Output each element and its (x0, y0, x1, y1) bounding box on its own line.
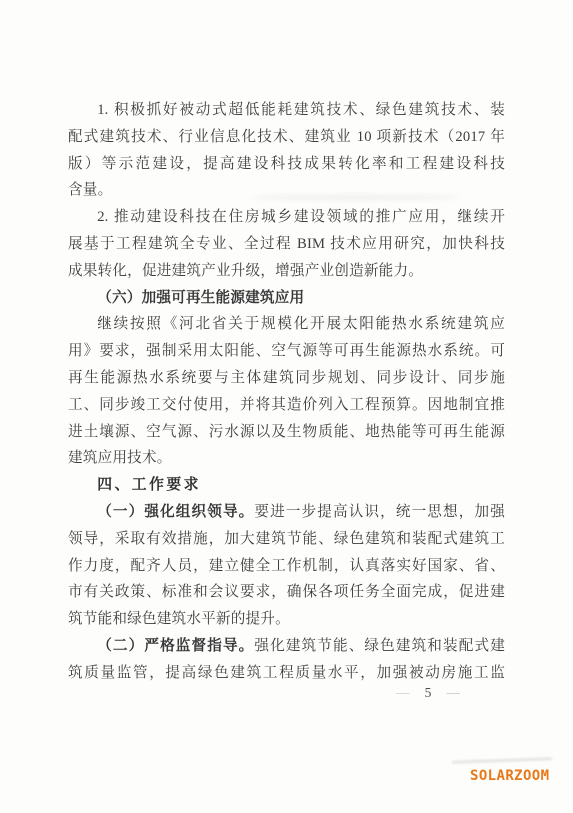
text-line: 工、同步竣工交付使用，并将其造价列入工程预算。因地制宜推 (68, 392, 505, 419)
text-line: 展基于工程建筑全专业、全过程 BIM 技术应用研究，加快科技 (68, 231, 505, 258)
text-segment-song: 筑质量监管，提高绿色建筑工程质量水平，加强被动房施工监 (68, 665, 505, 681)
document-lines: 1. 积极抓好被动式超低能耗建筑技术、绿色建筑技术、装配式建筑技术、行业信息化技… (68, 97, 505, 687)
text-segment-song: 配式建筑技术、行业信息化技术、建筑业 10 项新技术（2017 年 (68, 129, 505, 145)
text-line: 筑质量监管，提高绿色建筑工程质量水平，加强被动房施工监 (68, 660, 505, 687)
text-segment-song: 领导，采取有效措施，加大建筑节能、绿色建筑和装配式建筑工 (68, 531, 505, 547)
text-segment-song: 建筑应用技术。 (68, 450, 172, 466)
text-segment-kaiti: （一）强化组织领导。 (97, 504, 254, 520)
text-segment-kaiti: （六）加强可再生能源建筑应用 (97, 290, 304, 306)
text-segment-kaiti: （二）严格监督指导。 (97, 638, 254, 654)
text-line: 成果转化，促进建筑产业升级，增强产业创造新能力。 (68, 258, 505, 285)
text-line: 再生能源热水系统要与主体建筑同步规划、同步设计、同步施 (68, 365, 505, 392)
text-segment-song: 再生能源热水系统要与主体建筑同步规划、同步设计、同步施 (68, 370, 505, 386)
text-segment-song: 进土壤源、空气源、污水源以及生物质能、地热能等可再生能源 (68, 424, 505, 440)
text-segment-hei: 四、工作要求 (97, 477, 201, 493)
text-line: 领导，采取有效措施，加大建筑节能、绿色建筑和装配式建筑工 (68, 526, 505, 553)
scan-smudge (250, 194, 460, 201)
text-line: 建筑应用技术。 (68, 445, 505, 472)
text-line: 用》要求，强制采用太阳能、空气源等可再生能源热水系统。可 (68, 338, 505, 365)
text-line: 1. 积极抓好被动式超低能耗建筑技术、绿色建筑技术、装 (68, 97, 505, 124)
text-line: （二）严格监督指导。强化建筑节能、绿色建筑和装配式建 (68, 633, 505, 660)
text-line: （六）加强可再生能源建筑应用 (68, 285, 505, 312)
text-line: 版）等示范建设，提高建设科技成果转化率和工程建设科技 (68, 151, 505, 178)
text-line: 继续按照《河北省关于规模化开展太阳能热水系统建筑应 (68, 311, 505, 338)
text-line: （一）强化组织领导。要进一步提高认识，统一思想，加强 (68, 499, 505, 526)
text-segment-song: 成果转化，促进建筑产业升级，增强产业创造新能力。 (68, 263, 423, 279)
page-number-dash-right: — (447, 687, 461, 700)
page-number-dash-left: — (396, 687, 410, 700)
text-segment-song: 筑节能和绿色建筑水平新的提升。 (68, 611, 290, 627)
text-segment-song: 强化建筑节能、绿色建筑和装配式建 (254, 638, 505, 654)
text-segment-song: 要进一步提高认识，统一思想，加强 (254, 504, 505, 520)
text-line: 市有关政策、标准和会议要求，确保各项任务全面完成，促进建 (68, 579, 505, 606)
text-segment-song: 作力度，配齐人员，建立健全工作机制，认真落实好国家、省、 (68, 558, 505, 574)
scan-smudge (300, 318, 420, 324)
text-segment-song: 2. 推动建设科技在住房城乡建设领域的推广应用，继续开 (97, 209, 505, 225)
text-line: 配式建筑技术、行业信息化技术、建筑业 10 项新技术（2017 年 (68, 124, 505, 151)
text-segment-song: 用》要求，强制采用太阳能、空气源等可再生能源热水系统。可 (68, 343, 505, 359)
text-line: 2. 推动建设科技在住房城乡建设领域的推广应用，继续开 (68, 204, 505, 231)
text-segment-song: 工、同步竣工交付使用，并将其造价列入工程预算。因地制宜推 (68, 397, 505, 413)
page-number-value: 5 (425, 685, 432, 701)
scan-artifact-streak (452, 757, 552, 763)
text-segment-song: 1. 积极抓好被动式超低能耗建筑技术、绿色建筑技术、装 (97, 102, 505, 118)
text-line: 四、工作要求 (68, 472, 505, 499)
page-number: — 5 — (396, 685, 460, 701)
text-line: 筑节能和绿色建筑水平新的提升。 (68, 606, 505, 633)
text-line: 作力度，配齐人员，建立健全工作机制，认真落实好国家、省、 (68, 553, 505, 580)
text-segment-song: 版）等示范建设，提高建设科技成果转化率和工程建设科技 (68, 156, 505, 172)
solarzoom-watermark: SOLARZOOM (470, 768, 549, 784)
text-segment-song: 含量。 (68, 182, 112, 198)
text-segment-song: 市有关政策、标准和会议要求，确保各项任务全面完成，促进建 (68, 584, 505, 600)
text-segment-song: 继续按照《河北省关于规模化开展太阳能热水系统建筑应 (97, 316, 505, 332)
text-segment-song: 展基于工程建筑全专业、全过程 BIM 技术应用研究，加快科技 (68, 236, 505, 252)
scanned-document-page: 1. 积极抓好被动式超低能耗建筑技术、绿色建筑技术、装配式建筑技术、行业信息化技… (0, 0, 573, 813)
text-line: 进土壤源、空气源、污水源以及生物质能、地热能等可再生能源 (68, 419, 505, 446)
